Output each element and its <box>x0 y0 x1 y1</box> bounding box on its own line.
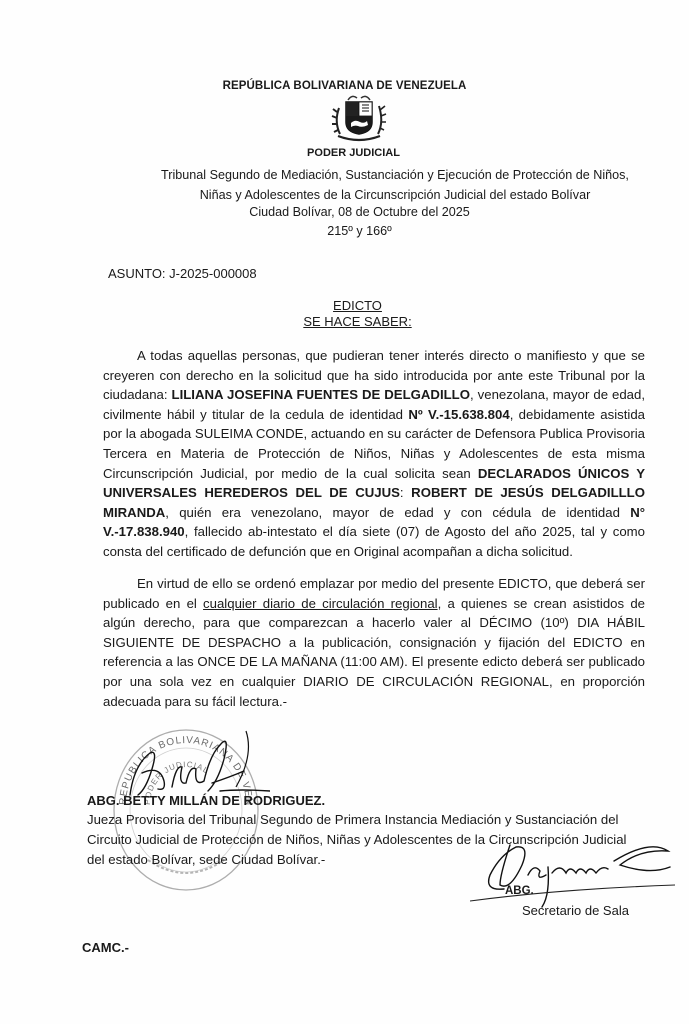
text: , a quienes se crean asistidos de algún … <box>103 596 645 709</box>
paragraph-notice: A todas aquellas personas, que pudieran … <box>103 346 645 562</box>
text: , fallecido ab-intestato el día siete (0… <box>103 524 645 559</box>
text: : <box>400 485 411 500</box>
secretary-role: Secretario de Sala <box>522 903 629 918</box>
typist-initials: CAMC.- <box>82 940 129 955</box>
judge-name: ABG. BETTY MILLÁN DE RODRIGUEZ. <box>87 793 325 808</box>
secretary-signature <box>470 835 680 910</box>
text: , quién era venezolano, mayor de edad y … <box>165 505 630 520</box>
header-republic: REPÚBLICA BOLIVARIANA DE VENEZUELA <box>0 80 689 92</box>
coat-of-arms-icon <box>330 92 388 144</box>
document-title: EDICTO SE HACE SABER: <box>0 298 689 330</box>
secretary-prefix: ABG. <box>505 885 534 897</box>
applicant-name: LILIANA JOSEFINA FUENTES DE DELGADILLO <box>172 387 470 402</box>
paragraph-order: En virtud de ello se ordenó emplazar por… <box>103 574 645 711</box>
header-date: Ciudad Bolívar, 08 de Octubre del 2025 <box>0 205 689 219</box>
title-se-hace-saber: SE HACE SABER: <box>26 314 689 330</box>
applicant-id: Nº V.-15.638.804 <box>408 407 509 422</box>
header-tribunal-line2: Niñas y Adolescentes de la Circunscripci… <box>150 186 640 206</box>
title-edicto: EDICTO <box>26 298 689 314</box>
underlined-newspaper: cualquier diario de circulación regional <box>203 596 438 611</box>
header-tribunal: Tribunal Segundo de Mediación, Sustancia… <box>150 166 640 205</box>
header-tribunal-line1: Tribunal Segundo de Mediación, Sustancia… <box>150 166 640 186</box>
header-branch: PODER JUDICIAL <box>0 147 689 159</box>
header-years: 215º y 166º <box>0 224 689 238</box>
document-page: REPÚBLICA BOLIVARIANA DE VENEZUELA PODER… <box>0 0 689 1024</box>
case-number: ASUNTO: J-2025-000008 <box>108 266 257 281</box>
